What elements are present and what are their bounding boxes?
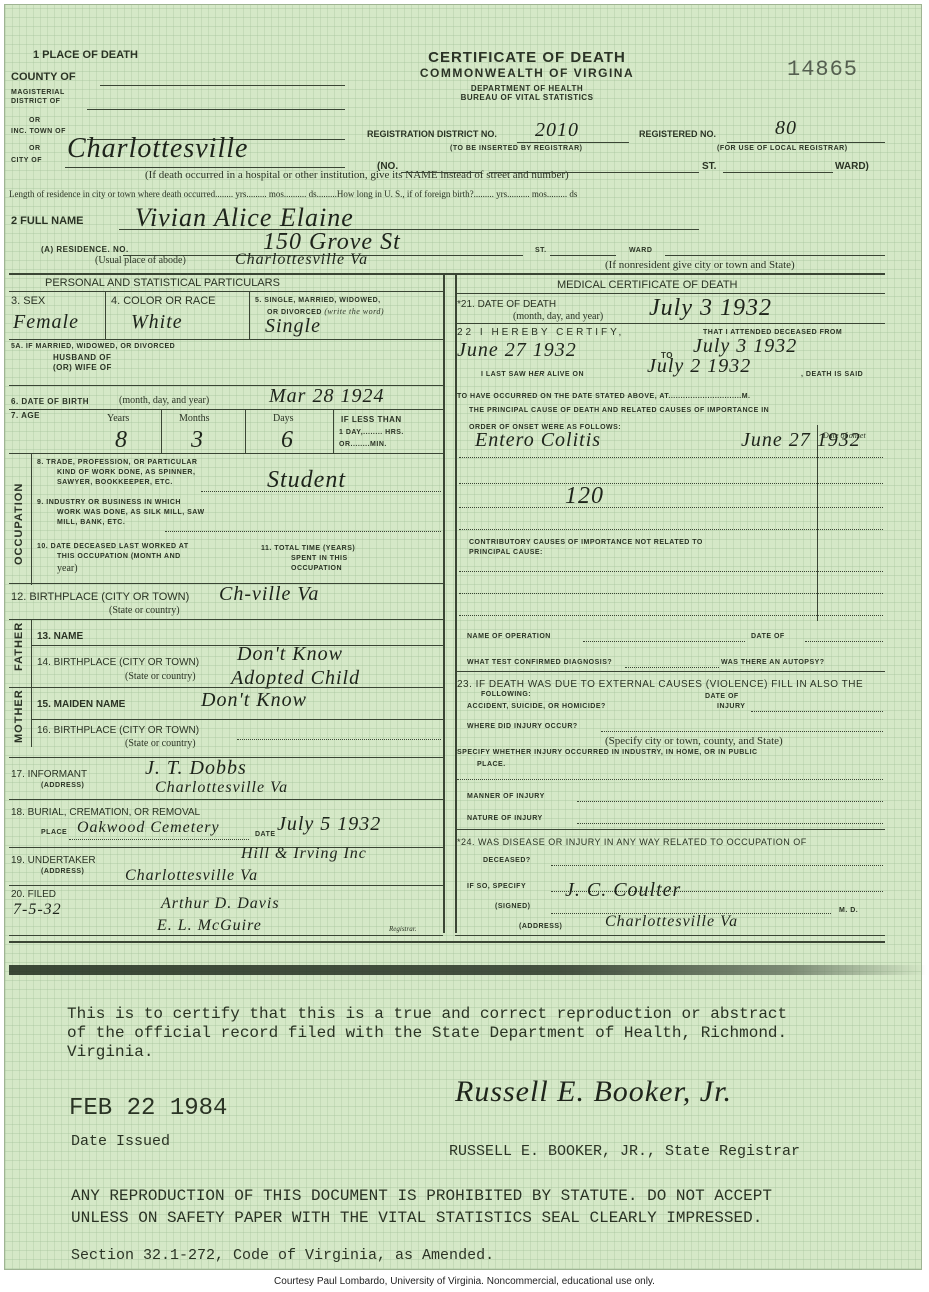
informant-address: Charlottesville Va <box>155 779 288 797</box>
registration-district-value: 2010 <box>535 119 579 142</box>
father-birthplace-value: Don't Know <box>237 643 343 666</box>
autopsy-label: WAS THERE AN AUTOPSY? <box>721 659 825 666</box>
marital-note: (write the word) <box>324 307 384 316</box>
county-label: COUNTY OF <box>11 71 76 83</box>
abode-value: Charlottesville Va <box>235 251 368 269</box>
burial-place-value: Oakwood Cemetery <box>77 819 220 837</box>
last-worked-label-3: year) <box>57 563 78 574</box>
total-time-label: 11. TOTAL TIME (YEARS) <box>261 545 355 552</box>
signed-label: (SIGNED) <box>495 903 531 910</box>
date-issued-label: Date Issued <box>71 1133 170 1150</box>
dob-sub-label: (month, day, and year) <box>119 395 209 406</box>
registration-district-label: REGISTRATION DISTRICT NO. <box>367 129 497 139</box>
informant-value: J. T. Dobbs <box>145 757 247 780</box>
father-birthplace-sub: (State or country) <box>125 671 196 682</box>
certify-label: 22 I HEREBY CERTIFY, <box>457 327 624 338</box>
department-label: DEPARTMENT OF HEALTH <box>377 84 677 93</box>
days-label: Days <box>273 413 294 424</box>
months-label: Months <box>179 413 210 424</box>
last-worked-label: 10. DATE DECEASED LAST WORKED AT <box>37 543 189 550</box>
local-registrar-signature: E. L. McGuire <box>157 917 262 935</box>
death-said-label: , DEATH IS SAID <box>801 371 863 378</box>
warning-line2: UNLESS ON SAFETY PAPER WITH THE VITAL ST… <box>71 1207 772 1229</box>
specify-injury-label-2: PLACE. <box>477 761 506 768</box>
injury-label: INJURY <box>717 703 745 710</box>
marital-value: Single <box>265 315 321 338</box>
occupation-related-label: *24. WAS DISEASE OR INJURY IN ANY WAY RE… <box>457 837 807 847</box>
registration-district-note: (TO BE INSERTED BY REGISTRAR) <box>450 145 582 152</box>
certificate-number: 14865 <box>787 57 858 82</box>
residence-ward-label: WARD <box>629 247 652 254</box>
trade-label-3: SAWYER, BOOKKEEPER, ETC. <box>57 479 173 486</box>
industry-label: 9. INDUSTRY OR BUSINESS IN WHICH <box>37 499 181 506</box>
father-side-label: FATHER <box>13 622 25 671</box>
undertaker-value: Hill & Irving Inc <box>241 845 367 863</box>
following-label: FOLLOWING: <box>481 691 531 698</box>
operation-date-label: DATE OF <box>751 633 785 640</box>
physician-address-value: Charlottesville Va <box>605 913 738 931</box>
dod-label: *21. DATE OF DEATH <box>457 299 556 310</box>
magisterial-label: MAGISTERIAL <box>11 89 65 96</box>
spouse-label: 5A. IF MARRIED, WIDOWED, OR DIVORCED <box>11 343 175 350</box>
father-name-label: 13. NAME <box>37 631 83 642</box>
residence-length-line: Length of residence in city or town wher… <box>9 189 577 199</box>
undertaker-address-label: (ADDRESS) <box>41 868 84 875</box>
cause-of-death-value: Entero Colitis <box>475 429 601 452</box>
medical-section-title: MEDICAL CERTIFICATE OF DEATH <box>557 279 738 291</box>
onset-label: Date of onset <box>823 431 866 440</box>
courtesy-caption: Courtesy Paul Lombardo, University of Vi… <box>0 1276 929 1287</box>
industry-label-3: MILL, BANK, ETC. <box>57 519 125 526</box>
father-birthplace-label: 14. BIRTHPLACE (city or town) <box>37 657 199 668</box>
informant-label: 17. INFORMANT <box>11 769 87 780</box>
statute-reference: Section 32.1-272, Code of Virginia, as A… <box>71 1247 494 1264</box>
age-months-value: 3 <box>191 427 204 454</box>
dod-sub-label: (month, day, and year) <box>513 311 603 322</box>
marital-label: 5. SINGLE, MARRIED, WIDOWED, <box>255 297 381 304</box>
nature-label: NATURE OF INJURY <box>467 815 543 822</box>
trade-label: 8. TRADE, PROFESSION, OR PARTICULAR <box>37 459 198 466</box>
torn-edge-band <box>9 965 927 975</box>
registered-no-note: (FOR USE OF LOCAL REGISTRAR) <box>717 145 848 152</box>
warning-line1: ANY REPRODUCTION OF THIS DOCUMENT IS PRO… <box>71 1185 772 1207</box>
undertaker-address: Charlottesville Va <box>125 867 258 885</box>
last-saw-value: July 2 1932 <box>647 355 751 378</box>
mother-side-label: MOTHER <box>13 689 25 743</box>
bureau-label: BUREAU OF VITAL STATISTICS <box>377 93 677 102</box>
district-label: DISTRICT OF <box>11 98 60 105</box>
principal-cause-label: THE PRINCIPAL CAUSE OF DEATH AND RELATED… <box>469 407 769 414</box>
or-label: OR <box>29 145 41 152</box>
death-certificate: 1 PLACE OF DEATH COUNTY OF MAGISTERIAL D… <box>4 4 922 1270</box>
race-label: 4. COLOR OR RACE <box>111 295 216 307</box>
contributory-label: CONTRIBUTORY CAUSES OF IMPORTANCE NOT RE… <box>469 539 703 546</box>
last-saw-suffix: er <box>534 371 545 378</box>
registered-no-label: REGISTERED NO. <box>639 129 716 139</box>
last-worked-label-2: THIS OCCUPATION (month and <box>57 553 181 560</box>
specify-injury-label: SPECIFY WHETHER INJURY OCCURRED IN INDUS… <box>457 749 758 756</box>
race-value: White <box>131 311 183 334</box>
industry-label-2: WORK WAS DONE, AS SILK MILL, SAW <box>57 509 205 516</box>
undertaker-label: 19. UNDERTAKER <box>11 855 96 866</box>
date-of-injury-label: DATE OF <box>705 693 739 700</box>
filed-label: 20. FILED <box>11 889 56 900</box>
less-min-label: OR........MIN. <box>339 441 387 448</box>
sex-value: Female <box>13 311 79 334</box>
place-of-death-label: 1 PLACE OF DEATH <box>33 49 138 61</box>
certify-statement-line2: of the official record filed with the St… <box>67 1024 787 1043</box>
burial-place-label: PLACE <box>41 829 67 836</box>
test-label: WHAT TEST CONFIRMED DIAGNOSIS? <box>467 659 612 666</box>
burial-date-label: DATE <box>255 831 276 838</box>
burial-date-value: July 5 1932 <box>277 813 381 836</box>
certificate-subtitle: COMMONWEALTH OF VIRGINA <box>377 66 677 80</box>
husband-of-label: HUSBAND OF <box>53 353 111 362</box>
birthplace-label: 12. BIRTHPLACE (city or town) <box>11 591 189 603</box>
burial-label: 18. BURIAL, CREMATION, OR REMOVAL <box>11 807 200 818</box>
less-than-label: IF LESS THAN <box>341 415 402 424</box>
accident-label: ACCIDENT, SUICIDE, OR HOMICIDE? <box>467 703 606 710</box>
operation-label: NAME OF OPERATION <box>467 633 551 640</box>
attended-from-value: June 27 1932 <box>457 339 577 362</box>
residence-st-label: ST. <box>535 247 547 254</box>
state-registrar-signature: Russell E. Booker, Jr. <box>455 1075 732 1109</box>
physician-signature: J. C. Coulter <box>565 879 681 902</box>
state-registrar-name: RUSSELL E. BOOKER, JR., State Registrar <box>449 1143 800 1160</box>
residence-label: (A) RESIDENCE. NO. <box>41 245 129 254</box>
cause-code-value: 120 <box>565 483 604 510</box>
where-injury-label: WHERE DID INJURY OCCUR? <box>467 723 578 730</box>
age-days-value: 6 <box>281 427 294 454</box>
inc-town-label: INC. TOWN OF <box>11 128 66 135</box>
certify-statement-line1: This is to certify that this is a true a… <box>67 1005 787 1024</box>
maiden-name-value: Don't Know <box>201 689 307 712</box>
mother-birthplace-label: 16. BIRTHPLACE (city or town) <box>37 725 199 736</box>
city-value: Charlottesville <box>67 133 248 165</box>
maiden-name-label: 15. MAIDEN NAME <box>37 699 125 710</box>
external-causes-label: 23. IF DEATH WAS DUE TO EXTERNAL CAUSES … <box>457 679 863 690</box>
occupation-side-label: OCCUPATION <box>13 483 25 565</box>
street-no-label: (No. <box>377 161 398 172</box>
date-issued-value: FEB 22 1984 <box>69 1095 227 1122</box>
total-time-label-3: OCCUPATION <box>291 565 342 572</box>
or-label: OR <box>29 117 41 124</box>
certificate-title: CERTIFICATE OF DEATH <box>377 49 677 66</box>
nonresident-note: (If nonresident give city or town and St… <box>605 259 795 271</box>
hospital-note: (If death occurred in a hospital or othe… <box>145 169 569 181</box>
registrar-label: Registrar. <box>389 925 416 933</box>
city-label: CITY OF <box>11 157 42 164</box>
less-day-label: 1 DAY,........ HRS. <box>339 429 404 436</box>
trade-label-2: KIND OF WORK DONE, AS SPINNER, <box>57 469 195 476</box>
deceased-label: DECEASED? <box>483 857 531 864</box>
full-name-label: 2 FULL NAME <box>11 215 84 227</box>
informant-address-label: (ADDRESS) <box>41 782 84 789</box>
dob-label: 6. DATE OF BIRTH <box>11 397 89 406</box>
years-label: Years <box>107 413 129 424</box>
personal-section-title: PERSONAL AND STATISTICAL PARTICULARS <box>45 277 280 289</box>
dob-value: Mar 28 1924 <box>269 385 384 408</box>
contributory-label-2: PRINCIPAL CAUSE: <box>469 549 543 556</box>
trade-value: Student <box>267 467 346 494</box>
occurred-label: TO HAVE OCCURRED ON THE DATE STATED ABOV… <box>457 393 751 400</box>
sex-label: 3. SEX <box>11 295 45 307</box>
where-injury-note: (Specify city or town, county, and State… <box>605 735 783 747</box>
street-label: ST. <box>702 161 716 172</box>
manner-label: MANNER OF INJURY <box>467 793 545 800</box>
filed-value: 7-5-32 <box>13 901 62 919</box>
physician-address-label: (ADDRESS) <box>519 923 562 930</box>
registered-no-value: 80 <box>775 117 797 140</box>
dod-value: July 3 1932 <box>649 295 772 322</box>
if-so-label: IF SO, SPECIFY <box>467 883 526 890</box>
total-time-label-2: SPENT IN THIS <box>291 555 348 562</box>
mother-birthplace-sub: (State or country) <box>125 738 196 749</box>
age-years-value: 8 <box>115 427 128 454</box>
abode-label: (Usual place of abode) <box>95 255 186 266</box>
ward-label: WARD) <box>835 161 869 172</box>
filed-signature: Arthur D. Davis <box>161 895 280 913</box>
certify-statement-line3: Virginia. <box>67 1043 787 1062</box>
last-saw-label: I LAST SAW H <box>481 371 534 378</box>
birthplace-value: Ch-ville Va <box>219 583 319 606</box>
md-label: M. D. <box>839 907 858 914</box>
wife-of-label: (OR) WIFE OF <box>53 363 112 372</box>
age-label: 7. AGE <box>11 411 40 420</box>
alive-on-label: ALIVE ON <box>547 371 584 378</box>
birthplace-sub-label: (State or country) <box>109 605 180 616</box>
